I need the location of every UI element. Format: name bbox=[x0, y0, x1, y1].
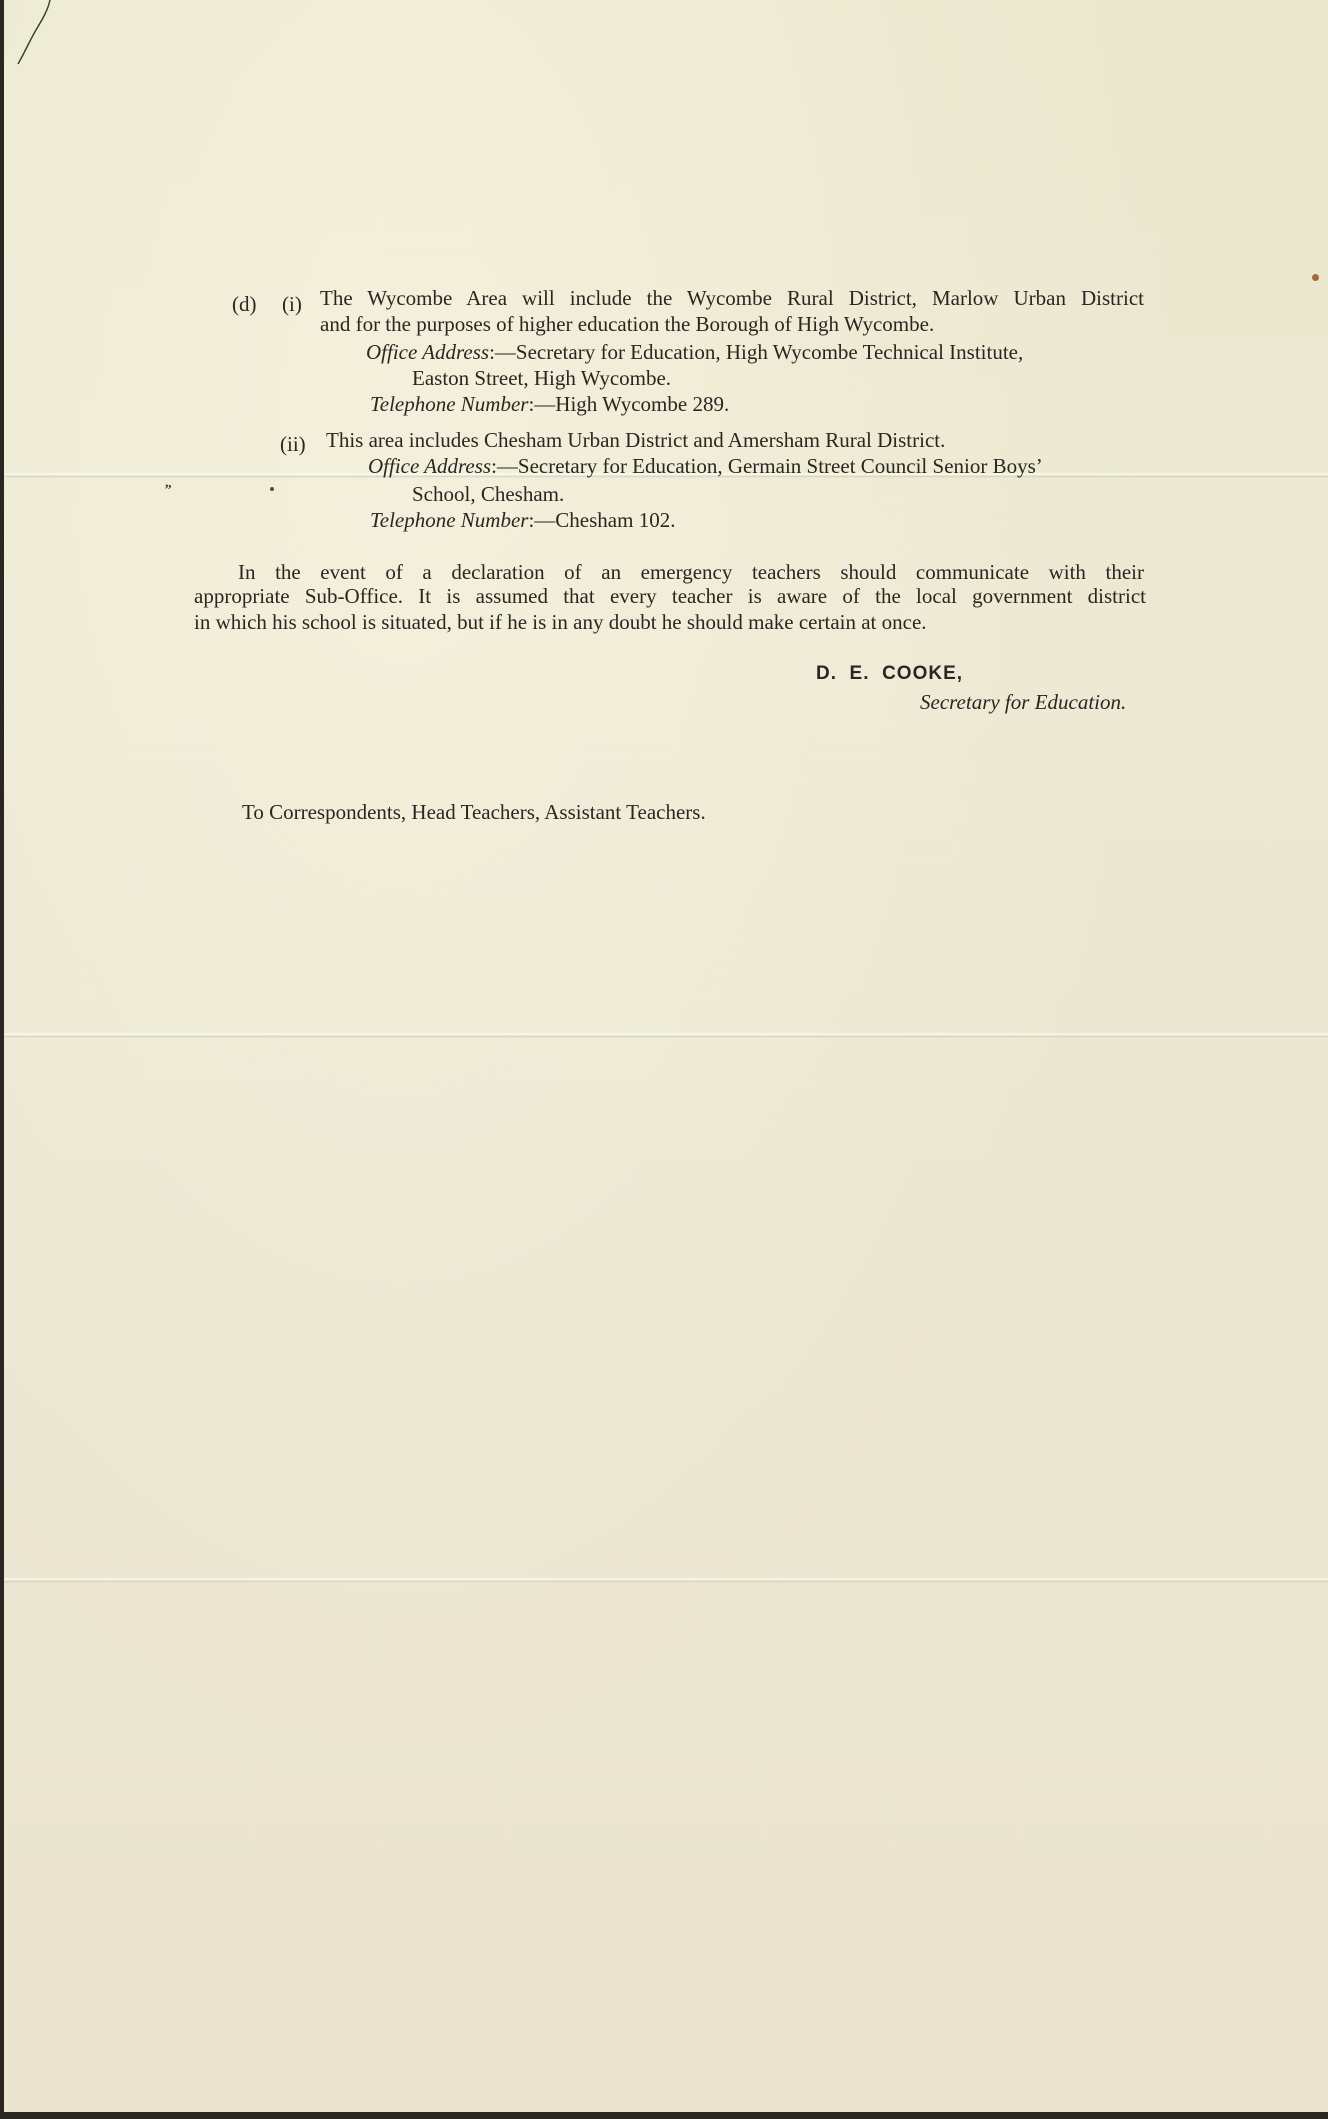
paper-speck bbox=[1312, 274, 1319, 281]
item-ii-label: (ii) bbox=[280, 432, 306, 456]
telephone-value: :—High Wycombe 289. bbox=[528, 392, 729, 416]
signatory-title: Secretary for Education. bbox=[920, 690, 1126, 714]
fold-line bbox=[4, 1032, 1328, 1038]
telephone-label: Telephone Number bbox=[370, 392, 528, 416]
item-ii-telephone: Telephone Number:—Chesham 102. bbox=[370, 508, 675, 532]
item-i-telephone: Telephone Number:—High Wycombe 289. bbox=[370, 392, 729, 416]
item-ii-office-address-line2: School, Chesham. bbox=[412, 482, 564, 506]
office-address-label: Office Address bbox=[368, 454, 491, 478]
telephone-label: Telephone Number bbox=[370, 508, 528, 532]
item-i-line1: The Wycombe Area will include the Wycomb… bbox=[320, 286, 1144, 310]
item-i-office-address: Office Address:—Secretary for Education,… bbox=[366, 340, 1023, 364]
document-page: ” (d) (i) The Wycombe Area will include … bbox=[4, 0, 1328, 2112]
item-ii-office-address: Office Address:—Secretary for Education,… bbox=[368, 454, 1043, 478]
paper-speck bbox=[270, 487, 274, 491]
section-d-label: (d) bbox=[232, 292, 257, 316]
emergency-paragraph-line2: appropriate Sub-Office. It is assumed th… bbox=[194, 584, 1146, 608]
office-address-value: :—Secretary for Education, Germain Stree… bbox=[491, 454, 1043, 478]
item-i-label: (i) bbox=[282, 292, 302, 316]
office-address-value: :—Secretary for Education, High Wycombe … bbox=[489, 340, 1023, 364]
ink-blot: ” bbox=[163, 483, 172, 500]
signatory-name: D. E. COOKE, bbox=[816, 663, 963, 685]
fold-line bbox=[4, 1577, 1328, 1583]
pen-stroke-mark bbox=[14, 0, 54, 66]
item-i-office-address-line2: Easton Street, High Wycombe. bbox=[412, 366, 671, 390]
item-i-line2: and for the purposes of higher education… bbox=[320, 312, 934, 336]
addressees-line: To Correspondents, Head Teachers, Assist… bbox=[242, 800, 706, 824]
item-ii-line1: This area includes Chesham Urban Distric… bbox=[326, 428, 945, 452]
office-address-label: Office Address bbox=[366, 340, 489, 364]
telephone-value: :—Chesham 102. bbox=[528, 508, 675, 532]
emergency-paragraph-line1: In the event of a declaration of an emer… bbox=[238, 560, 1144, 584]
emergency-paragraph-line3: in which his school is situated, but if … bbox=[194, 610, 927, 634]
